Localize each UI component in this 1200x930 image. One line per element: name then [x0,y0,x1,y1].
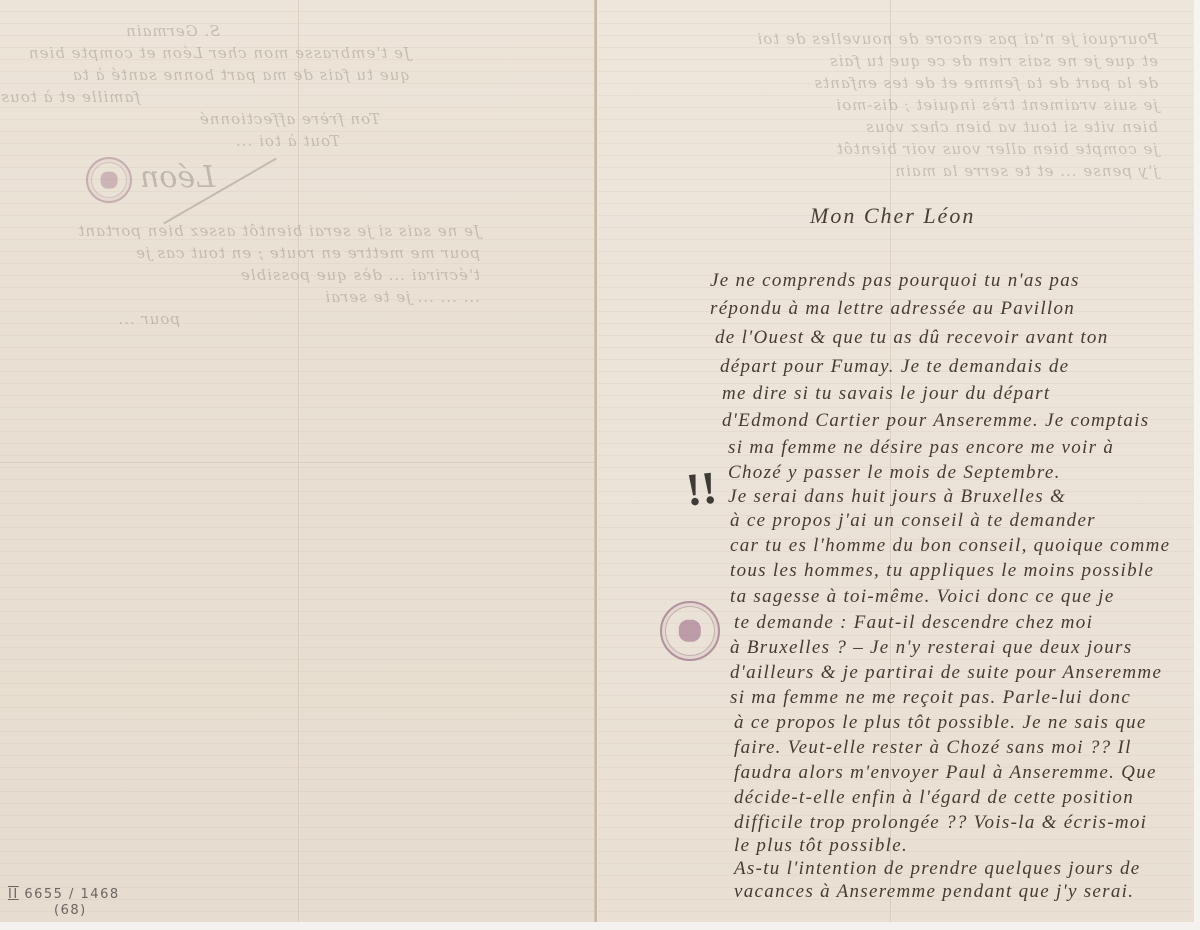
letter-line: le plus tôt possible. [734,835,908,857]
letter-body: Mon Cher Léon Je ne comprends pas pourqu… [610,0,1190,922]
stamp-emblem [679,620,701,642]
letter-line: vacances à Anseremme pendant que j'y ser… [734,881,1134,903]
letter-line: Chozé y passer le mois de Septembre. [728,462,1061,484]
letter-line: faudra alors m'envoyer Paul à Anseremme.… [734,762,1157,784]
letter-line: à ce propos le plus tôt possible. Je ne … [734,712,1147,734]
margin-exclamation-mark: !! [683,461,719,517]
letter-line: tous les hommes, tu appliques le moins p… [730,560,1154,582]
letter-line: difficile trop prolongée ?? Vois-la & éc… [734,812,1147,834]
letter-line: de l'Ouest & que tu as dû recevoir avant… [715,327,1109,349]
salutation: Mon Cher Léon [810,203,975,229]
letter-line: me dire si tu savais le jour du départ [722,383,1050,405]
ghost-signature: Léon [140,160,215,195]
letter-line: car tu es l'homme du bon conseil, quoiqu… [730,535,1170,557]
letter-line: te demande : Faut-il descendre chez moi [734,612,1093,634]
catalogue-number: 6655 / 1468 [24,887,119,902]
letter-line: si ma femme ne me reçoit pas. Parle-lui … [730,687,1131,709]
stamp-emblem [101,172,118,189]
letter-line: répondu à ma lettre adressée au Pavillon [710,298,1075,320]
letter-line: Je serai dans huit jours à Bruxelles & [728,486,1066,508]
letter-line: d'Edmond Cartier pour Anseremme. Je comp… [722,410,1150,432]
left-page: S. Germain Je t'embrasse mon cher Léon e… [0,0,596,922]
library-stamp-icon [86,157,132,203]
letter-line: si ma femme ne désire pas encore me voir… [728,437,1114,459]
catalogue-subnumber: (68) [8,903,120,919]
letter-line: ta sagesse à toi-même. Voici donc ce que… [730,586,1115,608]
letter-line: décide-t-elle enfin à l'égard de cette p… [734,787,1134,809]
scan-margin [0,922,1200,930]
library-stamp-icon [660,601,720,661]
letter-sheet: S. Germain Je t'embrasse mon cher Léon e… [0,0,1200,922]
letter-line: faire. Veut-elle rester à Chozé sans moi… [734,737,1132,759]
letter-line: Je ne comprends pas pourquoi tu n'as pas [710,270,1080,292]
letter-line: à ce propos j'ai un conseil à te demande… [730,510,1096,532]
letter-line: d'ailleurs & je partirai de suite pour A… [730,662,1162,684]
catalogue-reference: II 6655 / 1468 (68) [8,887,120,919]
letter-line: à Bruxelles ? – Je n'y resterai que deux… [730,637,1132,659]
catalogue-series: II [8,887,19,902]
letter-line: As-tu l'intention de prendre quelques jo… [734,858,1141,880]
letter-line: départ pour Fumay. Je te demandais de [720,356,1069,378]
ghost-text-top: S. Germain Je t'embrasse mon cher Léon e… [40,20,520,152]
page-edge [1194,0,1200,922]
ghost-text-middle: Je ne sais si je serai bientôt assez bie… [40,220,480,330]
